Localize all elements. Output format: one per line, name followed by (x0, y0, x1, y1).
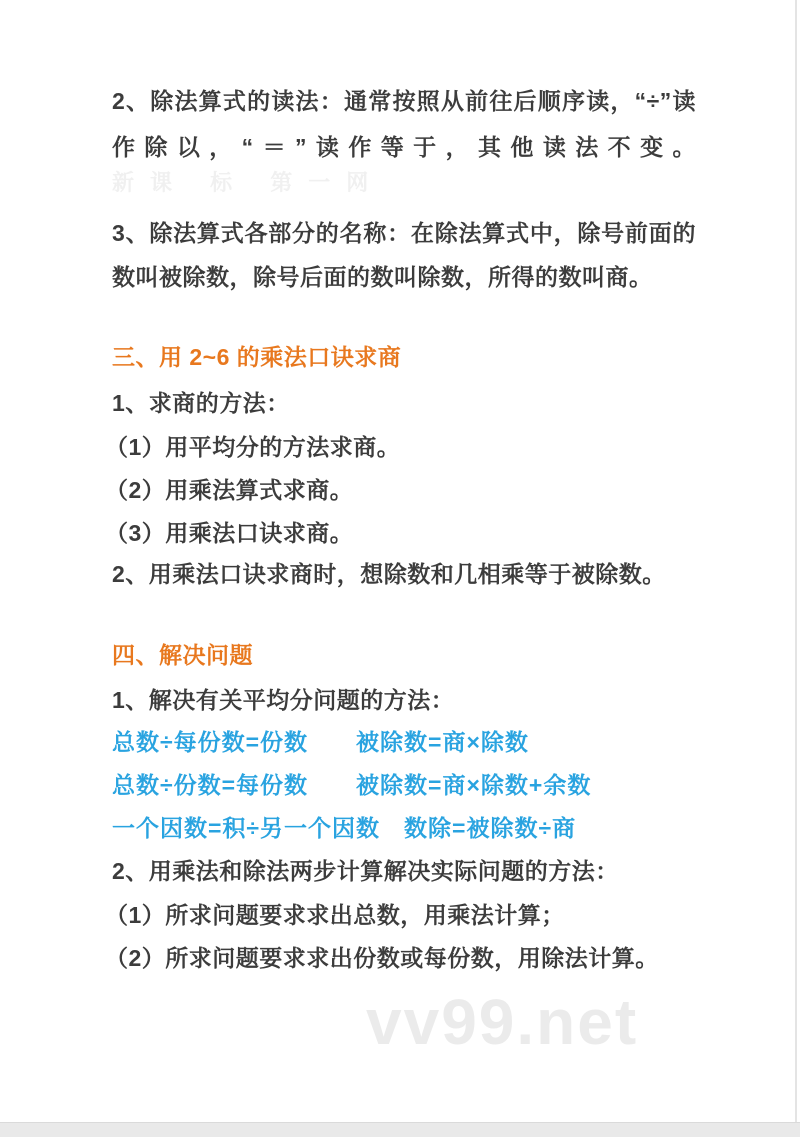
section-heading-multiplication-table: 三、用 2~6 的乘法口诀求商 (112, 334, 401, 380)
list-item-twostep-1: （1）所求问题要求求出总数，用乘法计算； (105, 892, 565, 938)
paragraph-quotient-note: 2、用乘法口诀求商时，想除数和几相乘等于被除数。 (112, 551, 666, 597)
formula-line-2: 总数÷份数=每份数 被除数=商×除数+余数 (112, 762, 591, 808)
paragraph-quotient-method-title: 1、求商的方法： (112, 380, 290, 426)
paragraph-solve-title: 1、解决有关平均分问题的方法： (112, 677, 454, 723)
formula-line-3: 一个因数=积÷另一个因数 数除=被除数÷商 (112, 805, 576, 851)
section-heading-problem-solving: 四、解决问题 (112, 632, 253, 678)
page-right-edge-line (795, 0, 797, 1122)
document-page: 2、除法算式的读法：通常按照从前往后顺序读，“÷”读作除以，“＝”读作等于，其他… (0, 0, 800, 1137)
list-item-twostep-2: （2）所求问题要求求出份数或每份数，用除法计算。 (105, 935, 659, 981)
ghost-watermark: 新课 标 第一网 (112, 160, 384, 206)
formula-line-1: 总数÷每份数=份数 被除数=商×除数 (112, 719, 529, 765)
page-bottom-strip (0, 1122, 800, 1137)
list-item-method-3: （3）用乘法口诀求商。 (105, 510, 353, 556)
site-watermark: vv99.net (366, 984, 638, 1060)
list-item-method-2: （2）用乘法算式求商。 (105, 467, 353, 513)
list-item-method-1: （1）用平均分的方法求商。 (105, 424, 400, 470)
paragraph-twostep-title: 2、用乘法和除法两步计算解决实际问题的方法： (112, 848, 619, 894)
paragraph-division-reading: 2、除法算式的读法：通常按照从前往后顺序读，“÷”读作除以，“＝”读作等于，其他… (112, 78, 696, 170)
paragraph-division-parts: 3、除法算式各部分的名称：在除法算式中，除号前面的数叫被除数，除号后面的数叫除数… (112, 211, 696, 299)
